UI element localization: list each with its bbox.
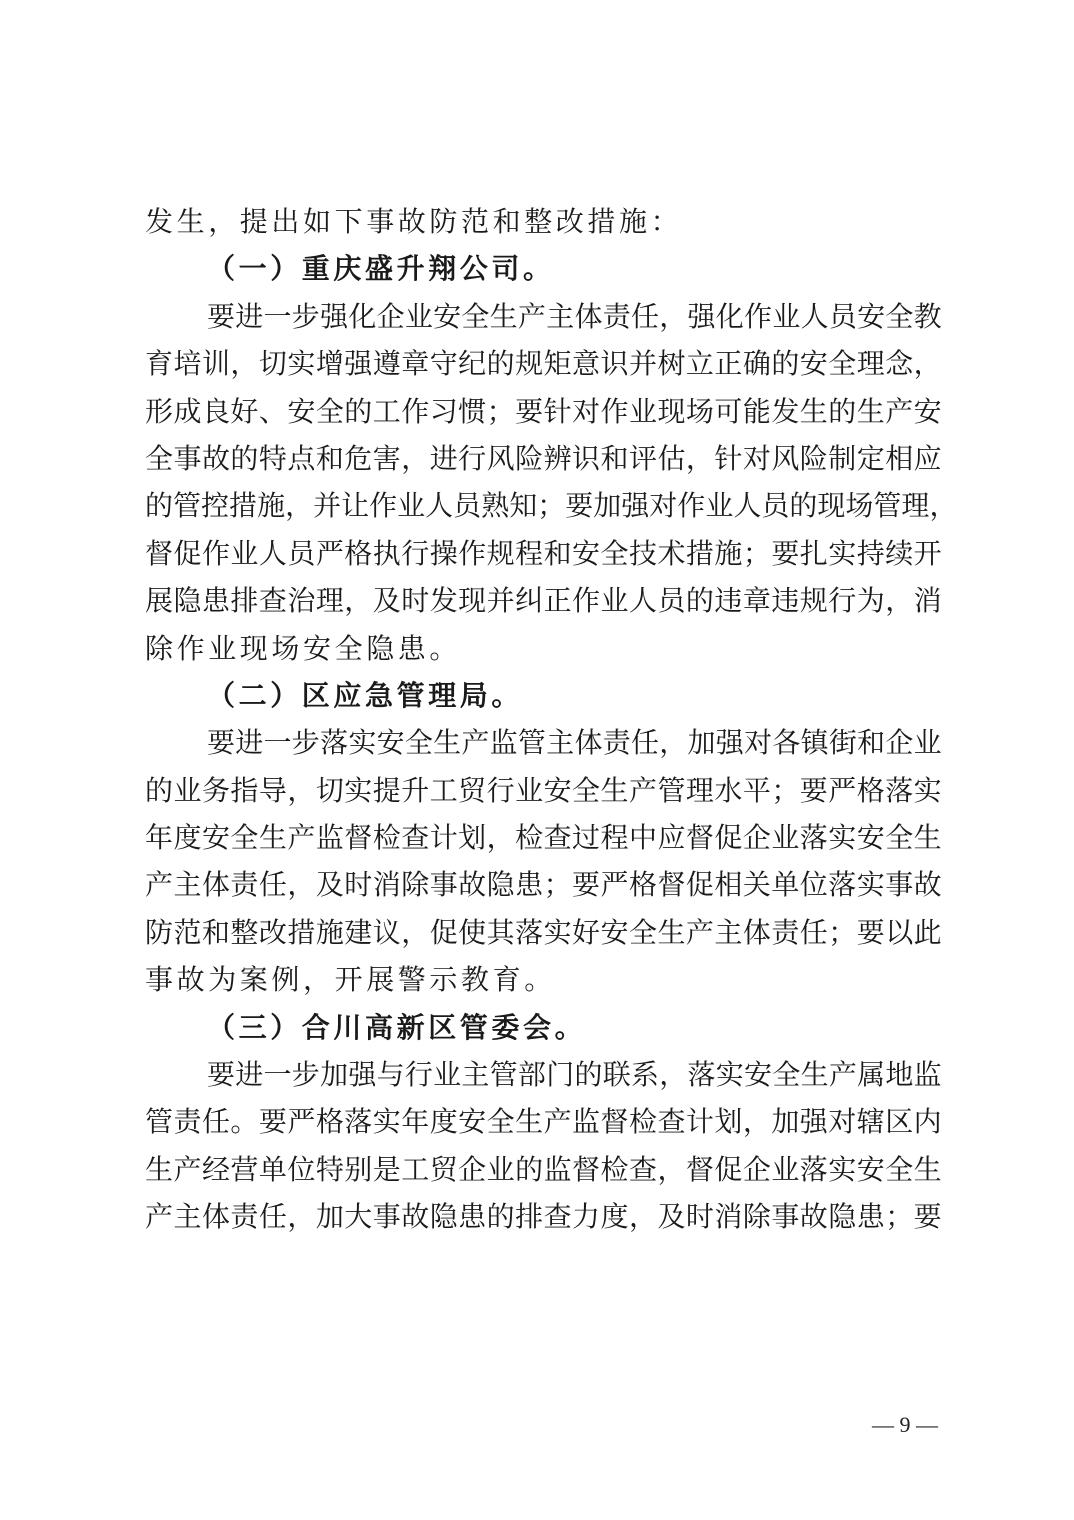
paragraph-line: 形成良好、安全的工作习惯；要针对作业现场可能发生的生产安 <box>145 388 942 435</box>
paragraph-line: 的管控措施，并让作业人员熟知；要加强对作业人员的现场管理， <box>145 482 942 529</box>
paragraph-line: 年度安全生产监督检查计划，检查过程中应督促企业落实安全生 <box>145 814 942 861</box>
section-heading: （二）区应急管理局。 <box>145 672 942 719</box>
paragraph-line: 要进一步落实安全生产监管主体责任，加强对各镇街和企业 <box>145 719 942 766</box>
paragraph-line: 生产经营单位特别是工贸企业的监督检查，督促企业落实安全生 <box>145 1146 942 1193</box>
paragraph-line: 育培训，切实增强遵章守纪的规矩意识并树立正确的安全理念， <box>145 340 942 387</box>
page-number: — 9 — <box>872 1412 938 1438</box>
paragraph-line: 要进一步强化企业安全生产主体责任，强化作业人员安全教 <box>145 293 942 340</box>
paragraph-line: 督促作业人员严格执行操作规程和安全技术措施；要扎实持续开 <box>145 530 942 577</box>
paragraph-line: 产主体责任，及时消除事故隐患；要严格督促相关单位落实事故 <box>145 861 942 908</box>
paragraph-line: 的业务指导，切实提升工贸行业安全生产管理水平；要严格落实 <box>145 767 942 814</box>
paragraph-line: 产主体责任，加大事故隐患的排查力度，及时消除事故隐患；要 <box>145 1193 942 1240</box>
paragraph-line: 展隐患排查治理，及时发现并纠正作业人员的违章违规行为，消 <box>145 577 942 624</box>
section-heading: （一）重庆盛升翔公司。 <box>145 245 942 292</box>
paragraph-line: 管责任。要严格落实年度安全生产监督检查计划，加强对辖区内 <box>145 1098 942 1145</box>
paragraph-line: 发生，提出如下事故防范和整改措施： <box>145 198 942 245</box>
paragraph-line: 要进一步加强与行业主管部门的联系，落实安全生产属地监 <box>145 1051 942 1098</box>
section-heading: （三）合川高新区管委会。 <box>145 1004 942 1051</box>
paragraph-line: 防范和整改措施建议，促使其落实好安全生产主体责任；要以此 <box>145 909 942 956</box>
paragraph-line: 全事故的特点和危害，进行风险辨识和评估，针对风险制定相应 <box>145 435 942 482</box>
paragraph-line: 除作业现场安全隐患。 <box>145 625 942 672</box>
paragraph-line: 事故为案例，开展警示教育。 <box>145 956 942 1003</box>
document-body: 发生，提出如下事故防范和整改措施：（一）重庆盛升翔公司。要进一步强化企业安全生产… <box>145 198 942 1241</box>
